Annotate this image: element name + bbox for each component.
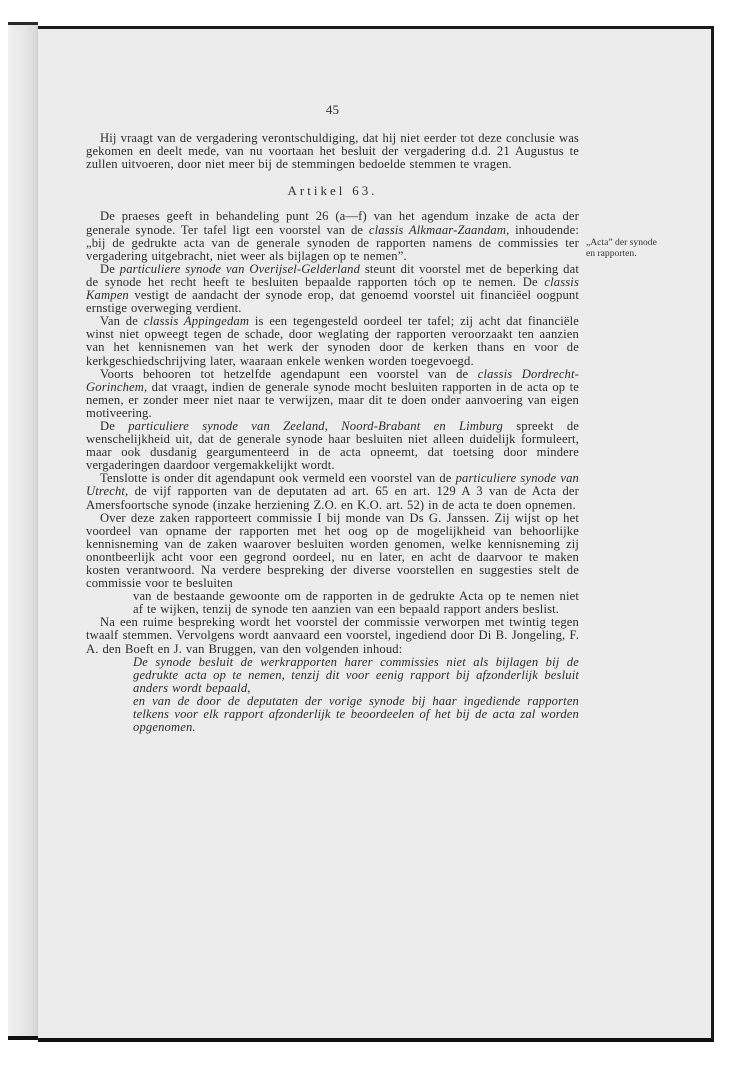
quote-text: van de bestaande gewoonte om de rapporte… [133, 590, 579, 616]
text-run: Van de [100, 314, 144, 328]
scanned-page: 45 Hij vraagt van de vergadering veronts… [0, 0, 738, 1068]
page-top-edge [8, 22, 38, 25]
paragraph-overijsel: De particuliere synode van Overijsel-Gel… [86, 263, 579, 315]
paragraph-dordrecht: Voorts behooren tot hetzelfde agendapunt… [86, 368, 579, 420]
margin-note-line: en rapporten. [586, 248, 706, 259]
classis-name: classis Appingedam [144, 314, 249, 328]
text-run: dat vraagt, indien de generale synode mo… [86, 380, 579, 420]
page-number: 45 [86, 103, 579, 116]
text-run: de vijf rapporten van de deputaten ad ar… [86, 484, 579, 511]
paragraph-appingedam: Van de classis Appingedam is een tegenge… [86, 315, 579, 367]
text-run: De [100, 419, 128, 433]
paragraph-utrecht: Tenslotte is onder dit agendapunt ook ve… [86, 472, 579, 511]
intro-paragraph: Hij vraagt van de vergadering verontschu… [86, 132, 579, 171]
article-heading: Artikel 63. [86, 184, 579, 197]
paragraph-commissie: Over deze zaken rapporteert commissie I … [86, 512, 579, 591]
text-run: Tenslotte is onder dit agendapunt ook ve… [100, 471, 456, 485]
margin-note-line: „Acta” der synode [586, 237, 706, 248]
paragraph-vote: Na een ruime bespreking wordt het voorst… [86, 616, 579, 655]
quote-text: De synode besluit de werkrapporten harer… [133, 656, 579, 695]
adopted-proposal-quote: De synode besluit de werkrapporten harer… [133, 656, 579, 735]
text-run: Voorts behooren tot hetzelfde agendapunt… [100, 367, 478, 381]
margin-note: „Acta” der synode en rapporten. [586, 237, 706, 259]
paragraph-praeses: De praeses geeft in behandeling punt 26 … [86, 210, 579, 262]
text-run: De [100, 262, 120, 276]
synode-name: particuliere synode van Zeeland, Noord-B… [128, 419, 503, 433]
book-spine-shadow [8, 22, 38, 1040]
synode-name: particuliere synode van Overijsel-Gelder… [120, 262, 360, 276]
classis-name: classis Alkmaar-Zaandam, [369, 223, 510, 237]
commission-proposal-quote: van de bestaande gewoonte om de rapporte… [133, 590, 579, 616]
text-run: vestigt de aandacht der synode erop, dat… [86, 288, 579, 315]
quote-text: en van de door de deputaten der vorige s… [133, 695, 579, 734]
paragraph-zeeland: De particuliere synode van Zeeland, Noor… [86, 420, 579, 472]
page-body: 45 Hij vraagt van de vergadering veronts… [86, 103, 579, 734]
page-bottom-edge [8, 1036, 40, 1040]
